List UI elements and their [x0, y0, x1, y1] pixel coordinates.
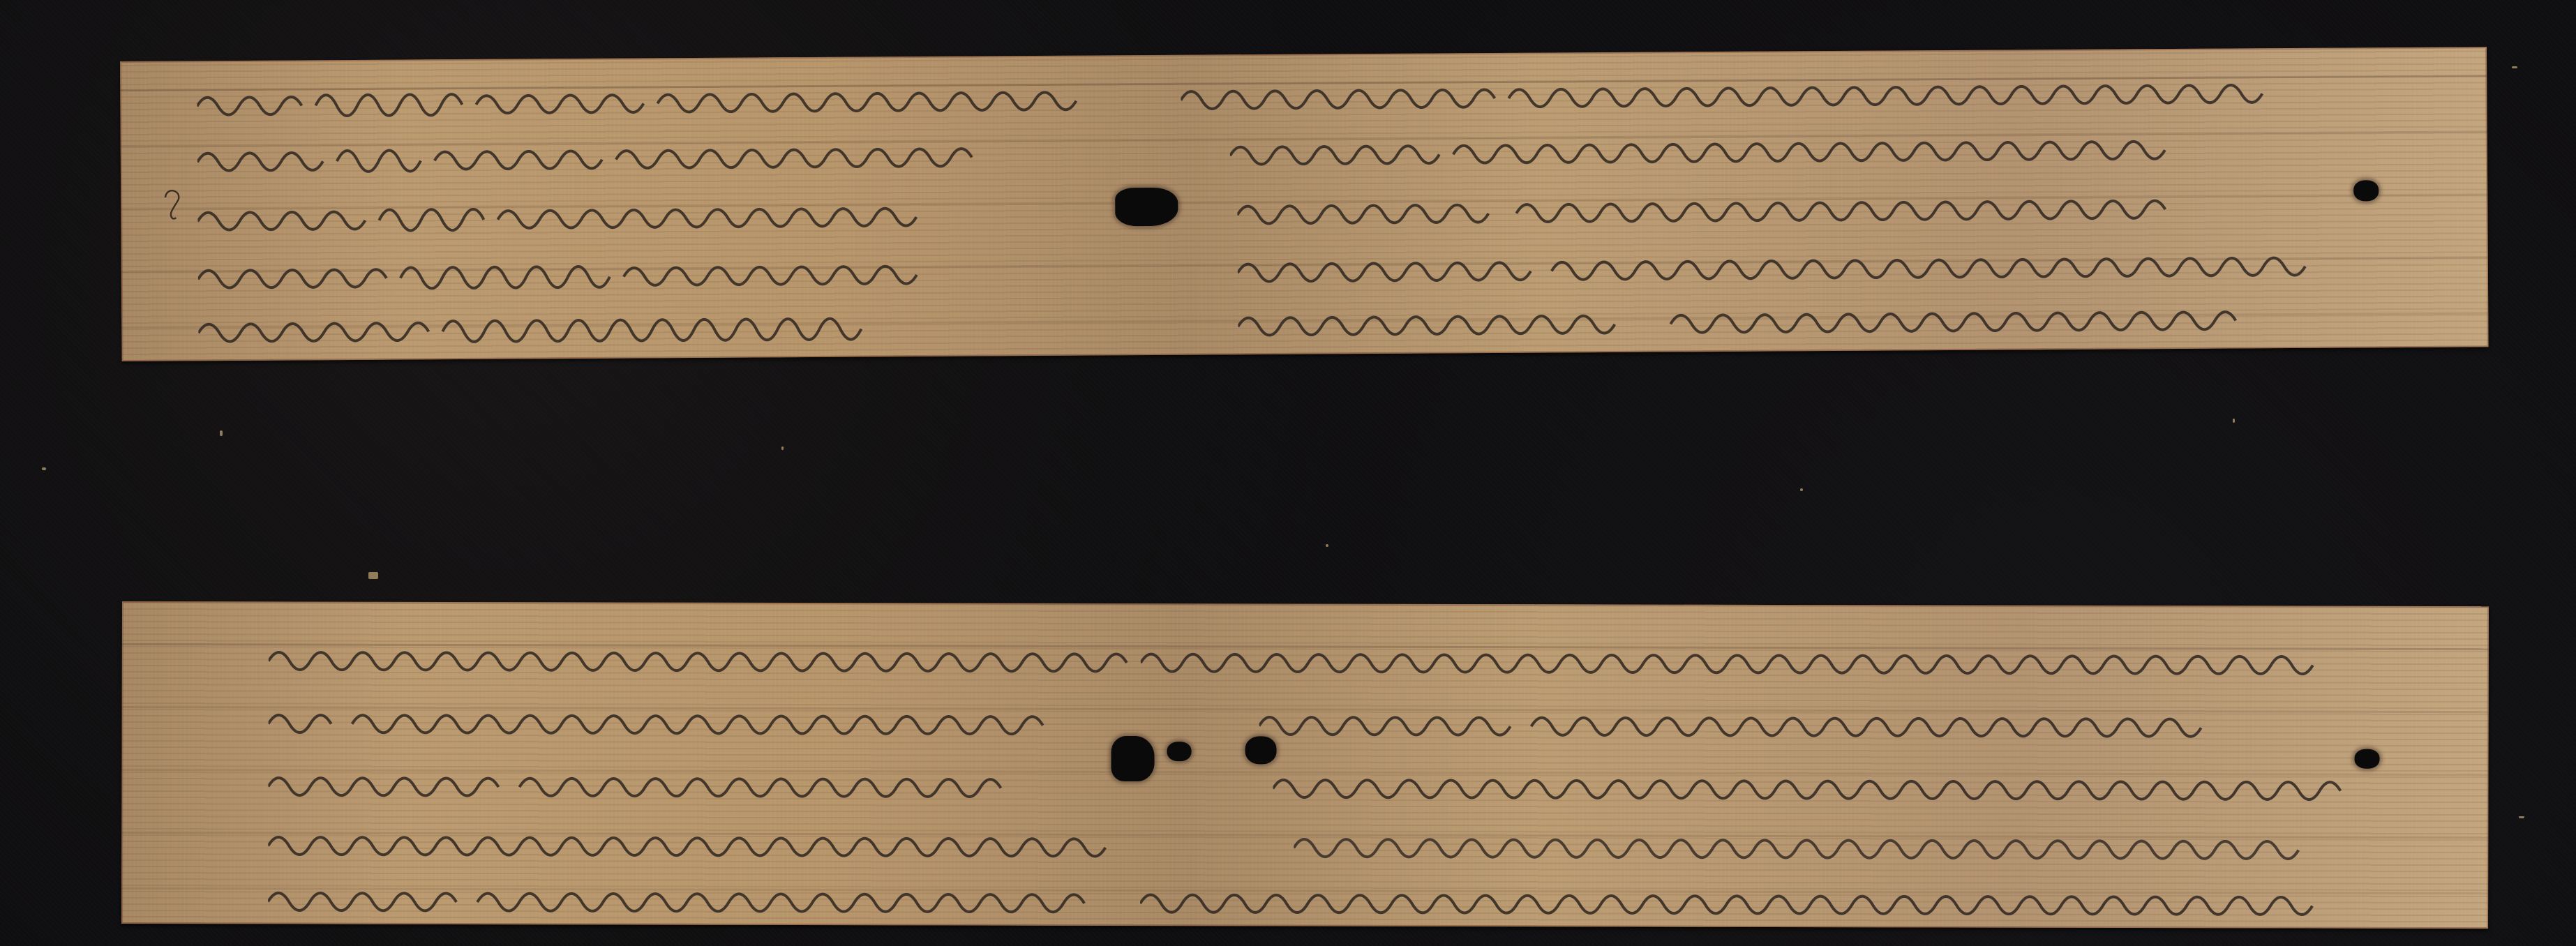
script-line — [1273, 757, 2354, 815]
dust-speck — [1326, 544, 1328, 547]
dust-speck — [42, 467, 46, 470]
worm-hole — [1167, 742, 1192, 761]
script-line — [197, 69, 1132, 130]
dust-speck — [220, 430, 223, 436]
string-hole — [2353, 180, 2379, 201]
script-line — [269, 629, 1141, 687]
dust-speck — [1800, 488, 1803, 491]
script-line — [1238, 288, 2368, 351]
script-line — [1294, 817, 2312, 875]
script-line — [1230, 118, 2298, 180]
script-line — [268, 870, 1140, 928]
dust-speck — [2233, 419, 2235, 423]
script-line — [1237, 177, 2284, 239]
script-line — [1238, 234, 2368, 297]
palm-leaf-bottom — [121, 601, 2489, 929]
script-line — [1140, 872, 2326, 931]
script-line — [197, 184, 1098, 246]
script-line — [197, 126, 1091, 187]
string-hole-torn — [1111, 736, 1154, 781]
script-line — [198, 243, 1049, 303]
dust-speck — [2519, 816, 2524, 818]
string-hole-torn — [1115, 188, 1178, 227]
palm-leaf-top: ၇ — [120, 47, 2489, 361]
dust-speck — [368, 572, 378, 579]
script-line — [1259, 694, 2278, 752]
script-line — [1181, 62, 2297, 125]
script-line — [1141, 631, 2341, 690]
script-line — [268, 814, 1119, 872]
script-line — [269, 692, 1050, 749]
leaf-number: ၇ — [163, 172, 181, 221]
script-line — [268, 755, 1091, 812]
dust-speck — [781, 446, 784, 450]
string-hole — [2355, 749, 2380, 769]
dust-speck — [2512, 66, 2517, 68]
script-line — [198, 296, 1063, 358]
